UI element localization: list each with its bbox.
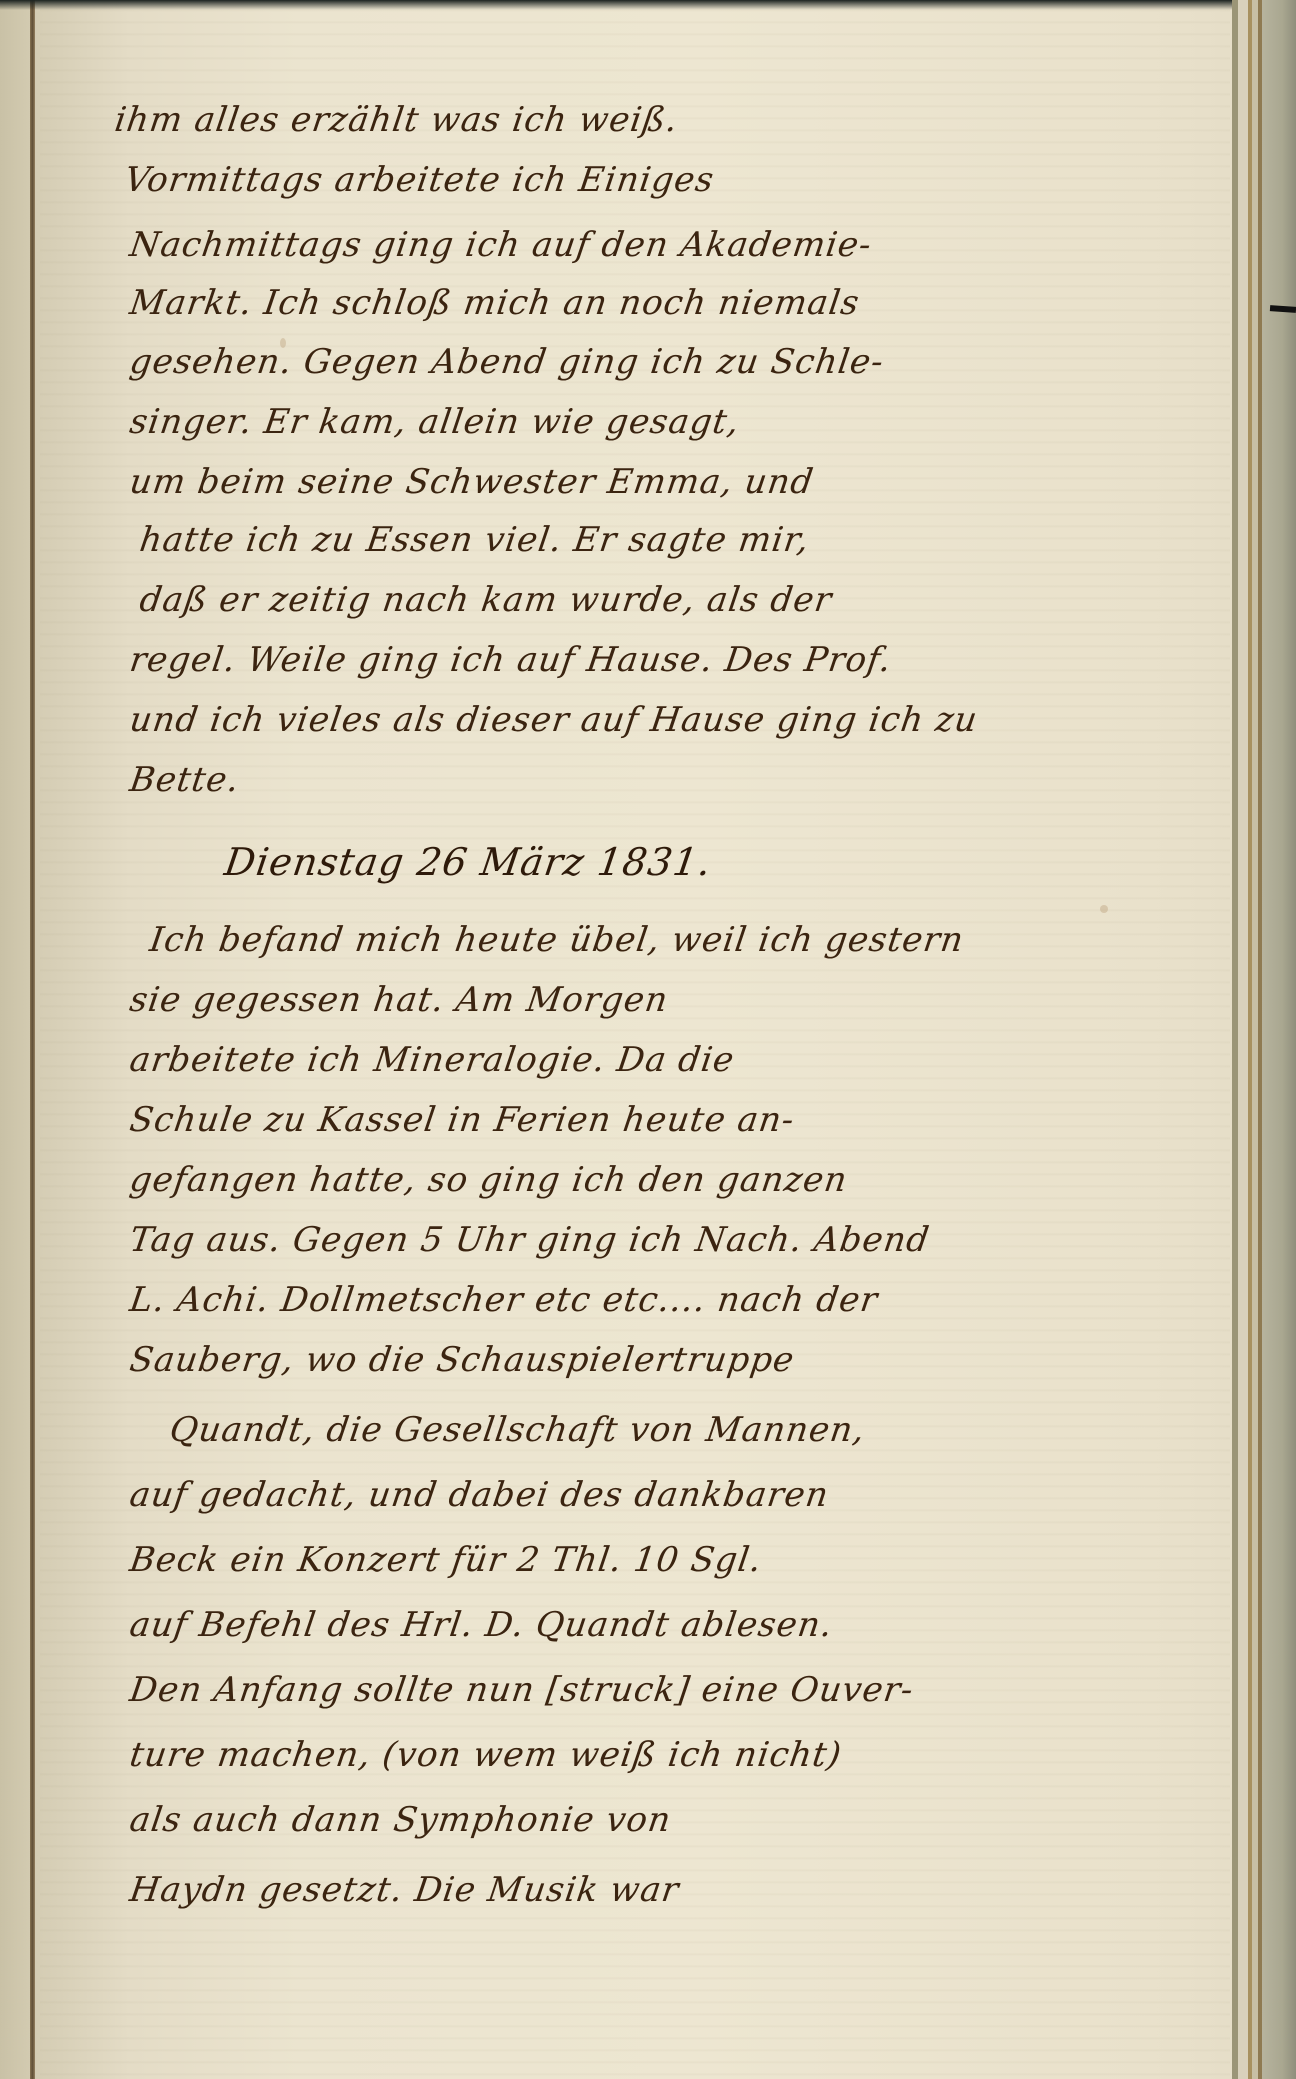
text-line: regel. Weile ging ich auf Hause. Des Pro…	[127, 640, 894, 680]
text-line: ihm alles erzählt was ich weiß.	[112, 100, 681, 140]
text-line: Tag aus. Gegen 5 Uhr ging ich Nach. Aben…	[127, 1220, 932, 1260]
text-line: Sauberg, wo die Schauspielertruppe	[127, 1340, 797, 1380]
binding-fold	[30, 0, 35, 2079]
text-line: Quandt, die Gesellschaft von Mannen,	[167, 1410, 868, 1450]
text-line: und ich vieles als dieser auf Hause ging…	[127, 700, 980, 740]
text-line: Ich befand mich heute übel, weil ich ges…	[147, 920, 966, 960]
text-line: hatte ich zu Essen viel. Er sagte mir,	[137, 520, 812, 560]
facing-page-edge	[0, 0, 31, 2079]
text-line: als auch dann Symphonie von	[127, 1800, 674, 1840]
text-line: daß er zeitig nach kam wurde, als der	[137, 580, 835, 620]
text-line: gesehen. Gegen Abend ging ich zu Schle-	[127, 342, 886, 382]
ink-spot	[1100, 905, 1108, 913]
text-line: Schule zu Kassel in Ferien heute an-	[127, 1100, 797, 1140]
page-stack-edge	[1238, 0, 1248, 2079]
manuscript-scan: ihm alles erzählt was ich weiß. Vormitta…	[0, 0, 1296, 2079]
text-line: Den Anfang sollte nun [struck] eine Ouve…	[127, 1670, 916, 1710]
text-line: Bette.	[127, 760, 242, 800]
text-line: auf gedacht, und dabei des dankbaren	[127, 1475, 831, 1515]
entry-date-heading: Dienstag 26 März 1831.	[222, 840, 715, 884]
text-line: sie gegessen hat. Am Morgen	[127, 980, 671, 1020]
text-line: gefangen hatte, so ging ich den ganzen	[127, 1160, 850, 1200]
text-line: Markt. Ich schloß mich an noch niemals	[127, 283, 862, 323]
text-line: Haydn gesetzt. Die Musik war	[127, 1870, 682, 1910]
text-line: Nachmittags ging ich auf den Akademie-	[127, 225, 874, 265]
text-line: Beck ein Konzert für 2 Thl. 10 Sgl.	[127, 1540, 764, 1580]
text-line: Vormittags arbeitete ich Einiges	[122, 160, 717, 200]
text-line: auf Befehl des Hrl. D. Quandt ablesen.	[127, 1605, 835, 1645]
text-line: singer. Er kam, allein wie gesagt,	[127, 402, 742, 442]
text-line: L. Achi. Dollmetscher etc etc.... nach d…	[127, 1280, 880, 1320]
text-line: um beim seine Schwester Emma, und	[127, 462, 816, 502]
text-line: ture machen, (von wem weiß ich nicht)	[127, 1735, 844, 1775]
text-line: arbeitete ich Mineralogie. Da die	[127, 1040, 737, 1080]
scan-top-shadow	[0, 0, 1296, 10]
